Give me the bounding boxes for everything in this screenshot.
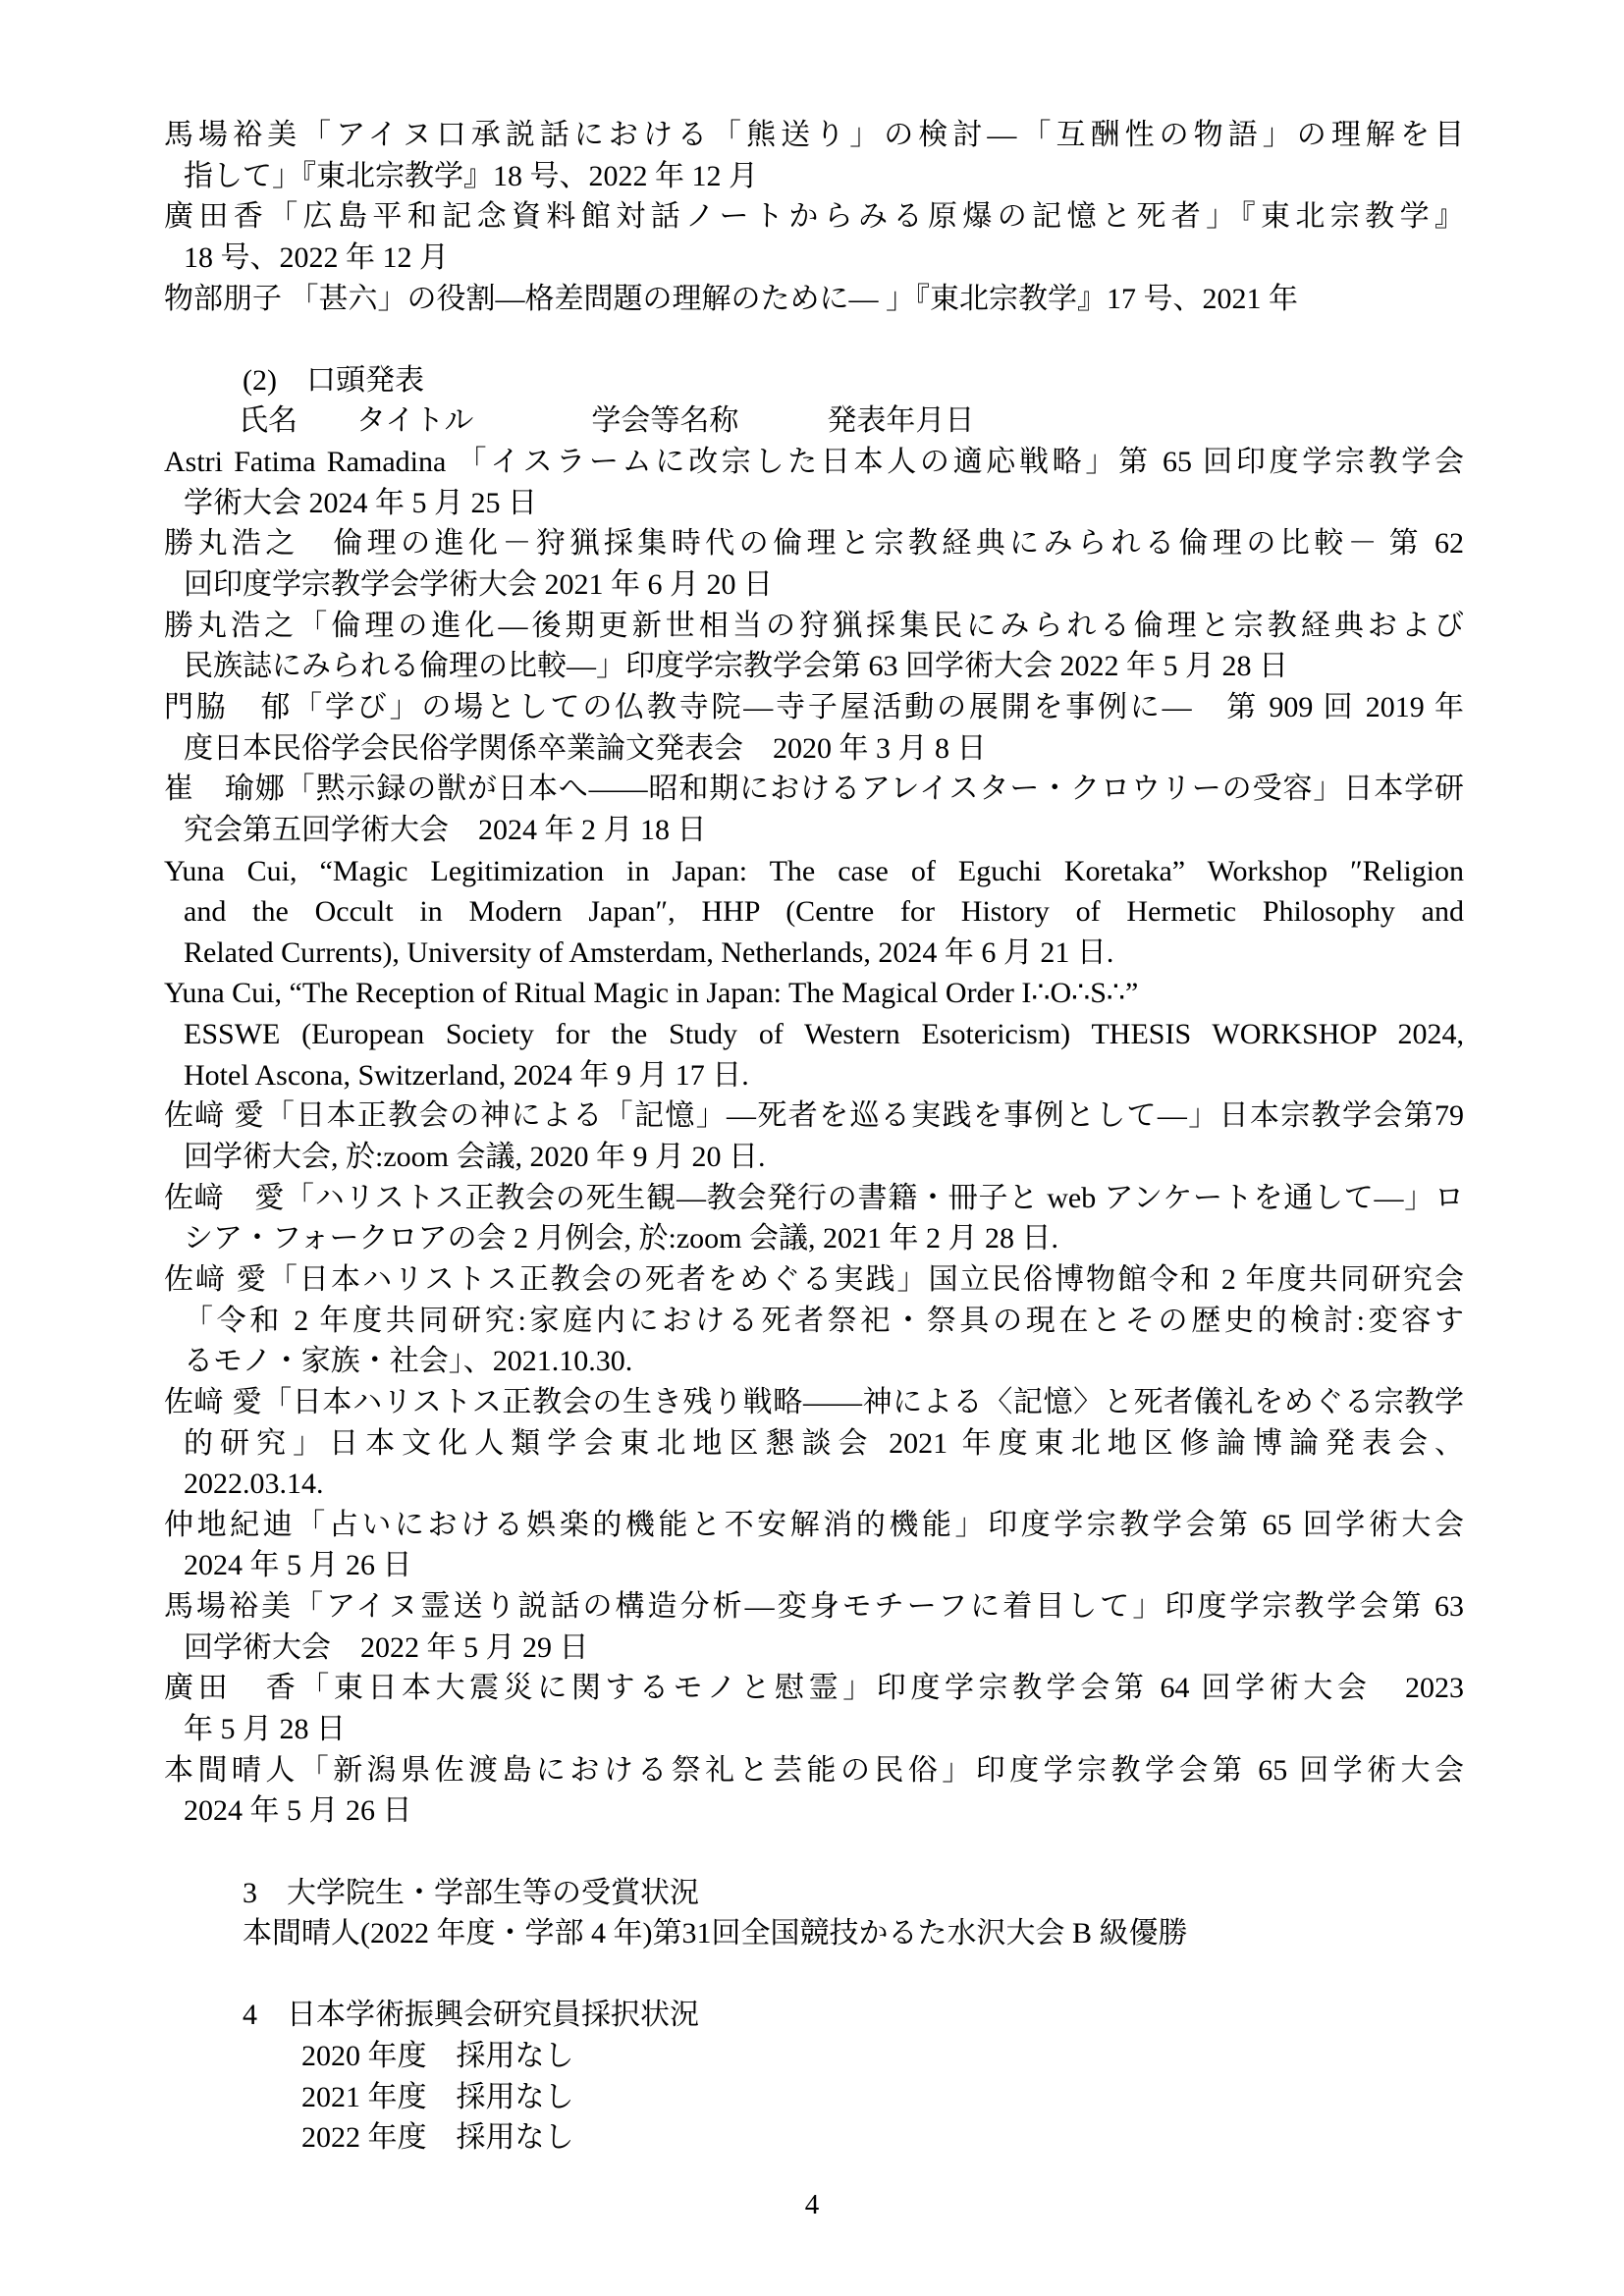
- text-line: 民族誌にみられる倫理の比較―」印度学宗教学会第 63 回学術大会 2022 年 …: [164, 646, 1464, 687]
- text-line: 廣田 香「東日本大震災に関するモノと慰霊」印度学宗教学会第 64 回学術大会 2…: [164, 1668, 1464, 1709]
- text-line: 馬場裕美「アイヌ口承説話における「熊送り」の検討―「互酬性の物語」の理解を目: [164, 115, 1464, 156]
- text-line: 的研究」日本文化人類学会東北地区懇談会 2021 年度東北地区修論博論発表会、: [164, 1423, 1464, 1465]
- text-line: 回印度学宗教学会学術大会 2021 年 6 月 20 日: [164, 564, 1464, 606]
- text-line: 勝丸浩之「倫理の進化―後期更新世相当の狩猟採集民にみられる倫理と宗教経典および: [164, 606, 1464, 647]
- text-line: Yuna Cui, “The Reception of Ritual Magic…: [164, 973, 1464, 1014]
- text-line: 仲地紀迪「占いにおける娯楽的機能と不安解消的機能」印度学宗教学会第 65 回学術…: [164, 1505, 1464, 1546]
- text-line: 回学術大会, 於:zoom 会議, 2020 年 9 月 20 日.: [164, 1137, 1464, 1178]
- document-page: 馬場裕美「アイヌ口承説話における「熊送り」の検討―「互酬性の物語」の理解を目指し…: [0, 0, 1624, 2296]
- blank-line: [164, 319, 1464, 360]
- text-line: 勝丸浩之 倫理の進化－狩猟採集時代の倫理と宗教経典にみられる倫理の比較－ 第 6…: [164, 523, 1464, 564]
- blank-line: [164, 1832, 1464, 1873]
- text-line: 4 日本学術振興会研究員採択状況: [164, 1995, 1464, 2036]
- text-line: 2022.03.14.: [164, 1464, 1464, 1505]
- text-line: and the Occult in Modern Japan″, HHP (Ce…: [164, 891, 1464, 933]
- text-line: 「令和 2 年度共同研究:家庭内における死者祭祀・祭具の現在とその歴史的検討:変…: [164, 1301, 1464, 1342]
- text-line: 物部朋子 「甚六」の役割―格差問題の理解のために― 」『東北宗教学』17 号、2…: [164, 279, 1464, 320]
- text-line: 学術大会 2024 年 5 月 25 日: [164, 483, 1464, 524]
- text-line: 3 大学院生・学部生等の受賞状況: [164, 1873, 1464, 1914]
- text-line: 廣田香「広島平和記念資料館対話ノートからみる原爆の記憶と死者」『東北宗教学』: [164, 196, 1464, 238]
- text-line: Astri Fatima Ramadina 「イスラームに改宗した日本人の適応戦…: [164, 442, 1464, 483]
- text-line: 佐﨑 愛「日本ハリストス正教会の死者をめぐる実践」国立民俗博物館令和 2 年度共…: [164, 1259, 1464, 1301]
- document-body: 馬場裕美「アイヌ口承説話における「熊送り」の検討―「互酬性の物語」の理解を目指し…: [164, 115, 1464, 2159]
- page-number: 4: [0, 2187, 1624, 2222]
- text-line: 年 5 月 28 日: [164, 1709, 1464, 1750]
- text-line: 度日本民俗学会民俗学関係卒業論文発表会 2020 年 3 月 8 日: [164, 728, 1464, 770]
- text-line: 2024 年 5 月 26 日: [164, 1545, 1464, 1586]
- text-line: Related Currents), University of Amsterd…: [164, 933, 1464, 974]
- text-line: (2) 口頭発表: [164, 360, 1464, 401]
- text-line: 氏名 タイトル 学会等名称 発表年月日: [164, 400, 1464, 442]
- text-line: 佐﨑 愛「日本正教会の神による「記憶」―死者を巡る実践を事例として―」日本宗教学…: [164, 1095, 1464, 1137]
- text-line: 2021 年度 採用なし: [164, 2077, 1464, 2118]
- text-line: 崔 瑜娜「黙示録の獣が日本へ――昭和期におけるアレイスター・クロウリーの受容」日…: [164, 769, 1464, 810]
- text-line: 18 号、2022 年 12 月: [164, 238, 1464, 279]
- text-line: 2024 年 5 月 26 日: [164, 1790, 1464, 1832]
- text-line: シア・フォークロアの会 2 月例会, 於:zoom 会議, 2021 年 2 月…: [164, 1218, 1464, 1259]
- text-line: 佐﨑 愛「ハリストス正教会の死生観―教会発行の書籍・冊子と web アンケートを…: [164, 1178, 1464, 1219]
- text-line: 2022 年度 採用なし: [164, 2117, 1464, 2159]
- text-line: ESSWE (European Society for the Study of…: [164, 1014, 1464, 1055]
- text-line: 指して」『東北宗教学』18 号、2022 年 12 月: [164, 156, 1464, 197]
- text-line: 馬場裕美「アイヌ霊送り説話の構造分析―変身モチーフに着目して」印度学宗教学会第 …: [164, 1586, 1464, 1628]
- blank-line: [164, 1954, 1464, 1996]
- text-line: るモノ・家族・社会」、2021.10.30.: [164, 1341, 1464, 1382]
- text-line: 佐﨑 愛「日本ハリストス正教会の生き残り戦略――神による〈記憶〉と死者儀礼をめぐ…: [164, 1382, 1464, 1423]
- text-line: 門脇 郁「学び」の場としての仏教寺院―寺子屋活動の展開を事例に― 第 909 回…: [164, 687, 1464, 728]
- text-line: Hotel Ascona, Switzerland, 2024 年 9 月 17…: [164, 1055, 1464, 1096]
- text-line: 2020 年度 採用なし: [164, 2036, 1464, 2077]
- text-line: 本間晴人「新潟県佐渡島における祭礼と芸能の民俗」印度学宗教学会第 65 回学術大…: [164, 1750, 1464, 1791]
- text-line: Yuna Cui, “Magic Legitimization in Japan…: [164, 851, 1464, 892]
- text-line: 究会第五回学術大会 2024 年 2 月 18 日: [164, 810, 1464, 851]
- text-line: 本間晴人(2022 年度・学部 4 年)第31回全国競技かるた水沢大会 B 級優…: [164, 1913, 1464, 1954]
- text-line: 回学術大会 2022 年 5 月 29 日: [164, 1628, 1464, 1669]
